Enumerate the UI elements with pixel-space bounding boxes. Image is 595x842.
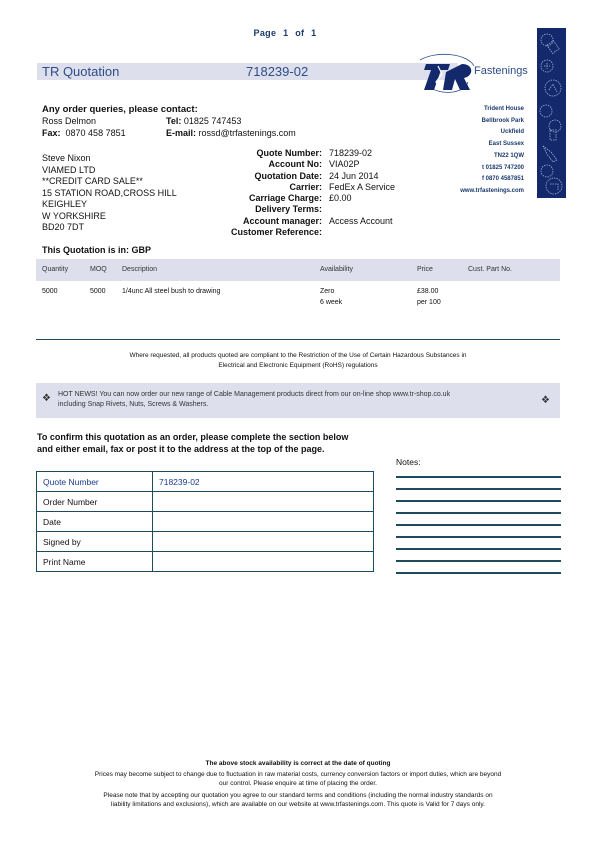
- detail-label: Quote Number:: [200, 148, 322, 159]
- notes-line[interactable]: [396, 488, 561, 490]
- contact-email: E-mail: rossd@trfastenings.com: [166, 128, 296, 138]
- address-phone: t 01825 747200: [440, 163, 524, 175]
- diamond-bullet-icon: ❖: [541, 395, 550, 406]
- detail-value: 24 Jun 2014: [329, 171, 395, 182]
- detail-value: VIA02P: [329, 159, 395, 170]
- customer-line: **CREDIT CARD SALE**: [42, 176, 177, 188]
- form-label: Print Name: [37, 552, 153, 572]
- fastener-icons: [537, 28, 566, 198]
- notes-line[interactable]: [396, 548, 561, 550]
- col-price: Price: [417, 266, 433, 273]
- confirm-instructions: To confirm this quotation as an order, p…: [37, 432, 348, 455]
- order-number-field[interactable]: [153, 492, 374, 512]
- form-label: Date: [37, 512, 153, 532]
- detail-value-empty: [329, 204, 395, 215]
- form-row-print-name: Print Name: [37, 552, 374, 572]
- contact-tel: Tel: 01825 747453: [166, 116, 241, 126]
- page-label: Page: [254, 28, 277, 38]
- detail-value: Access Account: [329, 216, 395, 227]
- fax-label: Fax:: [42, 128, 61, 138]
- cell-availability-lead: 6 week: [320, 299, 342, 306]
- col-description: Description: [122, 266, 157, 273]
- notes-line[interactable]: [396, 572, 561, 574]
- date-field[interactable]: [153, 512, 374, 532]
- notes-line[interactable]: [396, 524, 561, 526]
- document-title: TR Quotation: [42, 64, 119, 79]
- news-line: including Snap Rivets, Nuts, Screws & Wa…: [58, 400, 528, 410]
- form-row-order-number: Order Number: [37, 492, 374, 512]
- col-cust-part: Cust. Part No.: [468, 266, 512, 273]
- detail-label: Carriage Charge:: [200, 193, 322, 204]
- customer-line: 15 STATION ROAD,CROSS HILL: [42, 188, 177, 200]
- order-form: Quote Number 718239-02 Order Number Date…: [36, 471, 374, 572]
- detail-label: Customer Reference:: [200, 227, 322, 238]
- news-text: HOT NEWS! You can now order our new rang…: [58, 390, 528, 410]
- email-label: E-mail:: [166, 128, 196, 138]
- quote-detail-labels: Quote Number: Account No: Quotation Date…: [200, 148, 322, 238]
- footer-prices-note: Prices may become subject to change due …: [36, 770, 560, 788]
- address-line: TN22 1QW: [440, 151, 524, 163]
- detail-value: 718239-02: [329, 148, 395, 159]
- form-label: Quote Number: [37, 472, 153, 492]
- notes-line[interactable]: [396, 476, 561, 478]
- customer-line: BD20 7DT: [42, 222, 177, 234]
- footer-line: liability limitations and exclusions), w…: [36, 800, 560, 809]
- customer-address: Steve Nixon VIAMED LTD **CREDIT CARD SAL…: [42, 153, 177, 234]
- detail-label: Quotation Date:: [200, 171, 322, 182]
- diamond-bullet-icon: ❖: [42, 393, 51, 404]
- page-indicator: Page 1 of 1: [0, 28, 570, 38]
- address-line: Bellbrook Park: [440, 116, 524, 128]
- footer-line: Please note that by accepting our quotat…: [36, 791, 560, 800]
- footer-line: Prices may become subject to change due …: [36, 770, 560, 779]
- notes-line[interactable]: [396, 560, 561, 562]
- customer-line: W YORKSHIRE: [42, 211, 177, 223]
- detail-value: £0.00: [329, 193, 395, 204]
- section-divider: [36, 339, 560, 340]
- header-quote-number: 718239-02: [246, 64, 308, 79]
- detail-value-empty: [329, 227, 395, 238]
- notes-line[interactable]: [396, 536, 561, 538]
- address-fax: f 0870 4587851: [440, 174, 524, 186]
- col-quantity: Quantity: [42, 266, 68, 273]
- confirm-line: and either email, fax or post it to the …: [37, 444, 348, 456]
- contact-name: Ross Delmon: [42, 116, 96, 126]
- page-total: 1: [311, 28, 316, 38]
- customer-line: VIAMED LTD: [42, 165, 177, 177]
- detail-label: Delivery Terms:: [200, 204, 322, 215]
- detail-label: Carrier:: [200, 182, 322, 193]
- col-availability: Availability: [320, 266, 353, 273]
- col-moq: MOQ: [90, 266, 107, 273]
- logo-wordmark: Fastenings: [474, 65, 528, 77]
- rohs-notice: Where requested, all products quoted are…: [36, 351, 560, 371]
- news-line: HOT NEWS! You can now order our new rang…: [58, 390, 528, 400]
- contact-heading: Any order queries, please contact:: [42, 104, 198, 115]
- tel-value: 01825 747453: [184, 116, 242, 126]
- cell-description: 1/4unc All steel bush to drawing: [122, 288, 220, 295]
- rohs-line: Where requested, all products quoted are…: [36, 351, 560, 361]
- address-line: East Sussex: [440, 139, 524, 151]
- fasteners-icon-strip: [537, 28, 566, 198]
- form-row-date: Date: [37, 512, 374, 532]
- currency-line: This Quotation is in: GBP: [42, 245, 151, 255]
- email-value[interactable]: rossd@trfastenings.com: [199, 128, 296, 138]
- quote-detail-values: 718239-02 VIA02P 24 Jun 2014 FedEx A Ser…: [329, 148, 395, 238]
- page-current: 1: [283, 28, 288, 38]
- cell-availability: Zero: [320, 288, 334, 295]
- footer-stock-note: The above stock availability is correct …: [36, 759, 560, 768]
- detail-value: FedEx A Service: [329, 182, 395, 193]
- form-row-quote-number: Quote Number 718239-02: [37, 472, 374, 492]
- footer-line: our control. Please enquire at time of p…: [36, 779, 560, 788]
- address-line: Trident House: [440, 104, 524, 116]
- rohs-line: Electrical and Electronic Equipment (RoH…: [36, 361, 560, 371]
- customer-line: Steve Nixon: [42, 153, 177, 165]
- detail-label: Account No:: [200, 159, 322, 170]
- print-name-field[interactable]: [153, 552, 374, 572]
- address-website: www.trfastenings.com: [440, 186, 524, 198]
- footer-terms-note: Please note that by accepting our quotat…: [36, 791, 560, 809]
- notes-line[interactable]: [396, 512, 561, 514]
- confirm-line: To confirm this quotation as an order, p…: [37, 432, 348, 444]
- customer-line: KEIGHLEY: [42, 199, 177, 211]
- cell-moq: 5000: [90, 288, 106, 295]
- notes-line[interactable]: [396, 500, 561, 502]
- contact-fax: Fax: 0870 458 7851: [42, 128, 126, 138]
- form-row-signed-by: Signed by: [37, 532, 374, 552]
- notes-label: Notes:: [396, 457, 421, 467]
- form-label: Signed by: [37, 532, 153, 552]
- cell-price: £38.00: [417, 288, 438, 295]
- cell-price-unit: per 100: [417, 299, 441, 306]
- tel-label: Tel:: [166, 116, 181, 126]
- signed-by-field[interactable]: [153, 532, 374, 552]
- cell-quantity: 5000: [42, 288, 58, 295]
- address-line: Uckfield: [440, 127, 524, 139]
- fax-value: 0870 458 7851: [66, 128, 126, 138]
- page-of: of: [295, 28, 304, 38]
- form-value-quote-number: 718239-02: [153, 472, 374, 492]
- form-label: Order Number: [37, 492, 153, 512]
- company-address: Trident House Bellbrook Park Uckfield Ea…: [440, 104, 524, 198]
- detail-label: Account manager:: [200, 216, 322, 227]
